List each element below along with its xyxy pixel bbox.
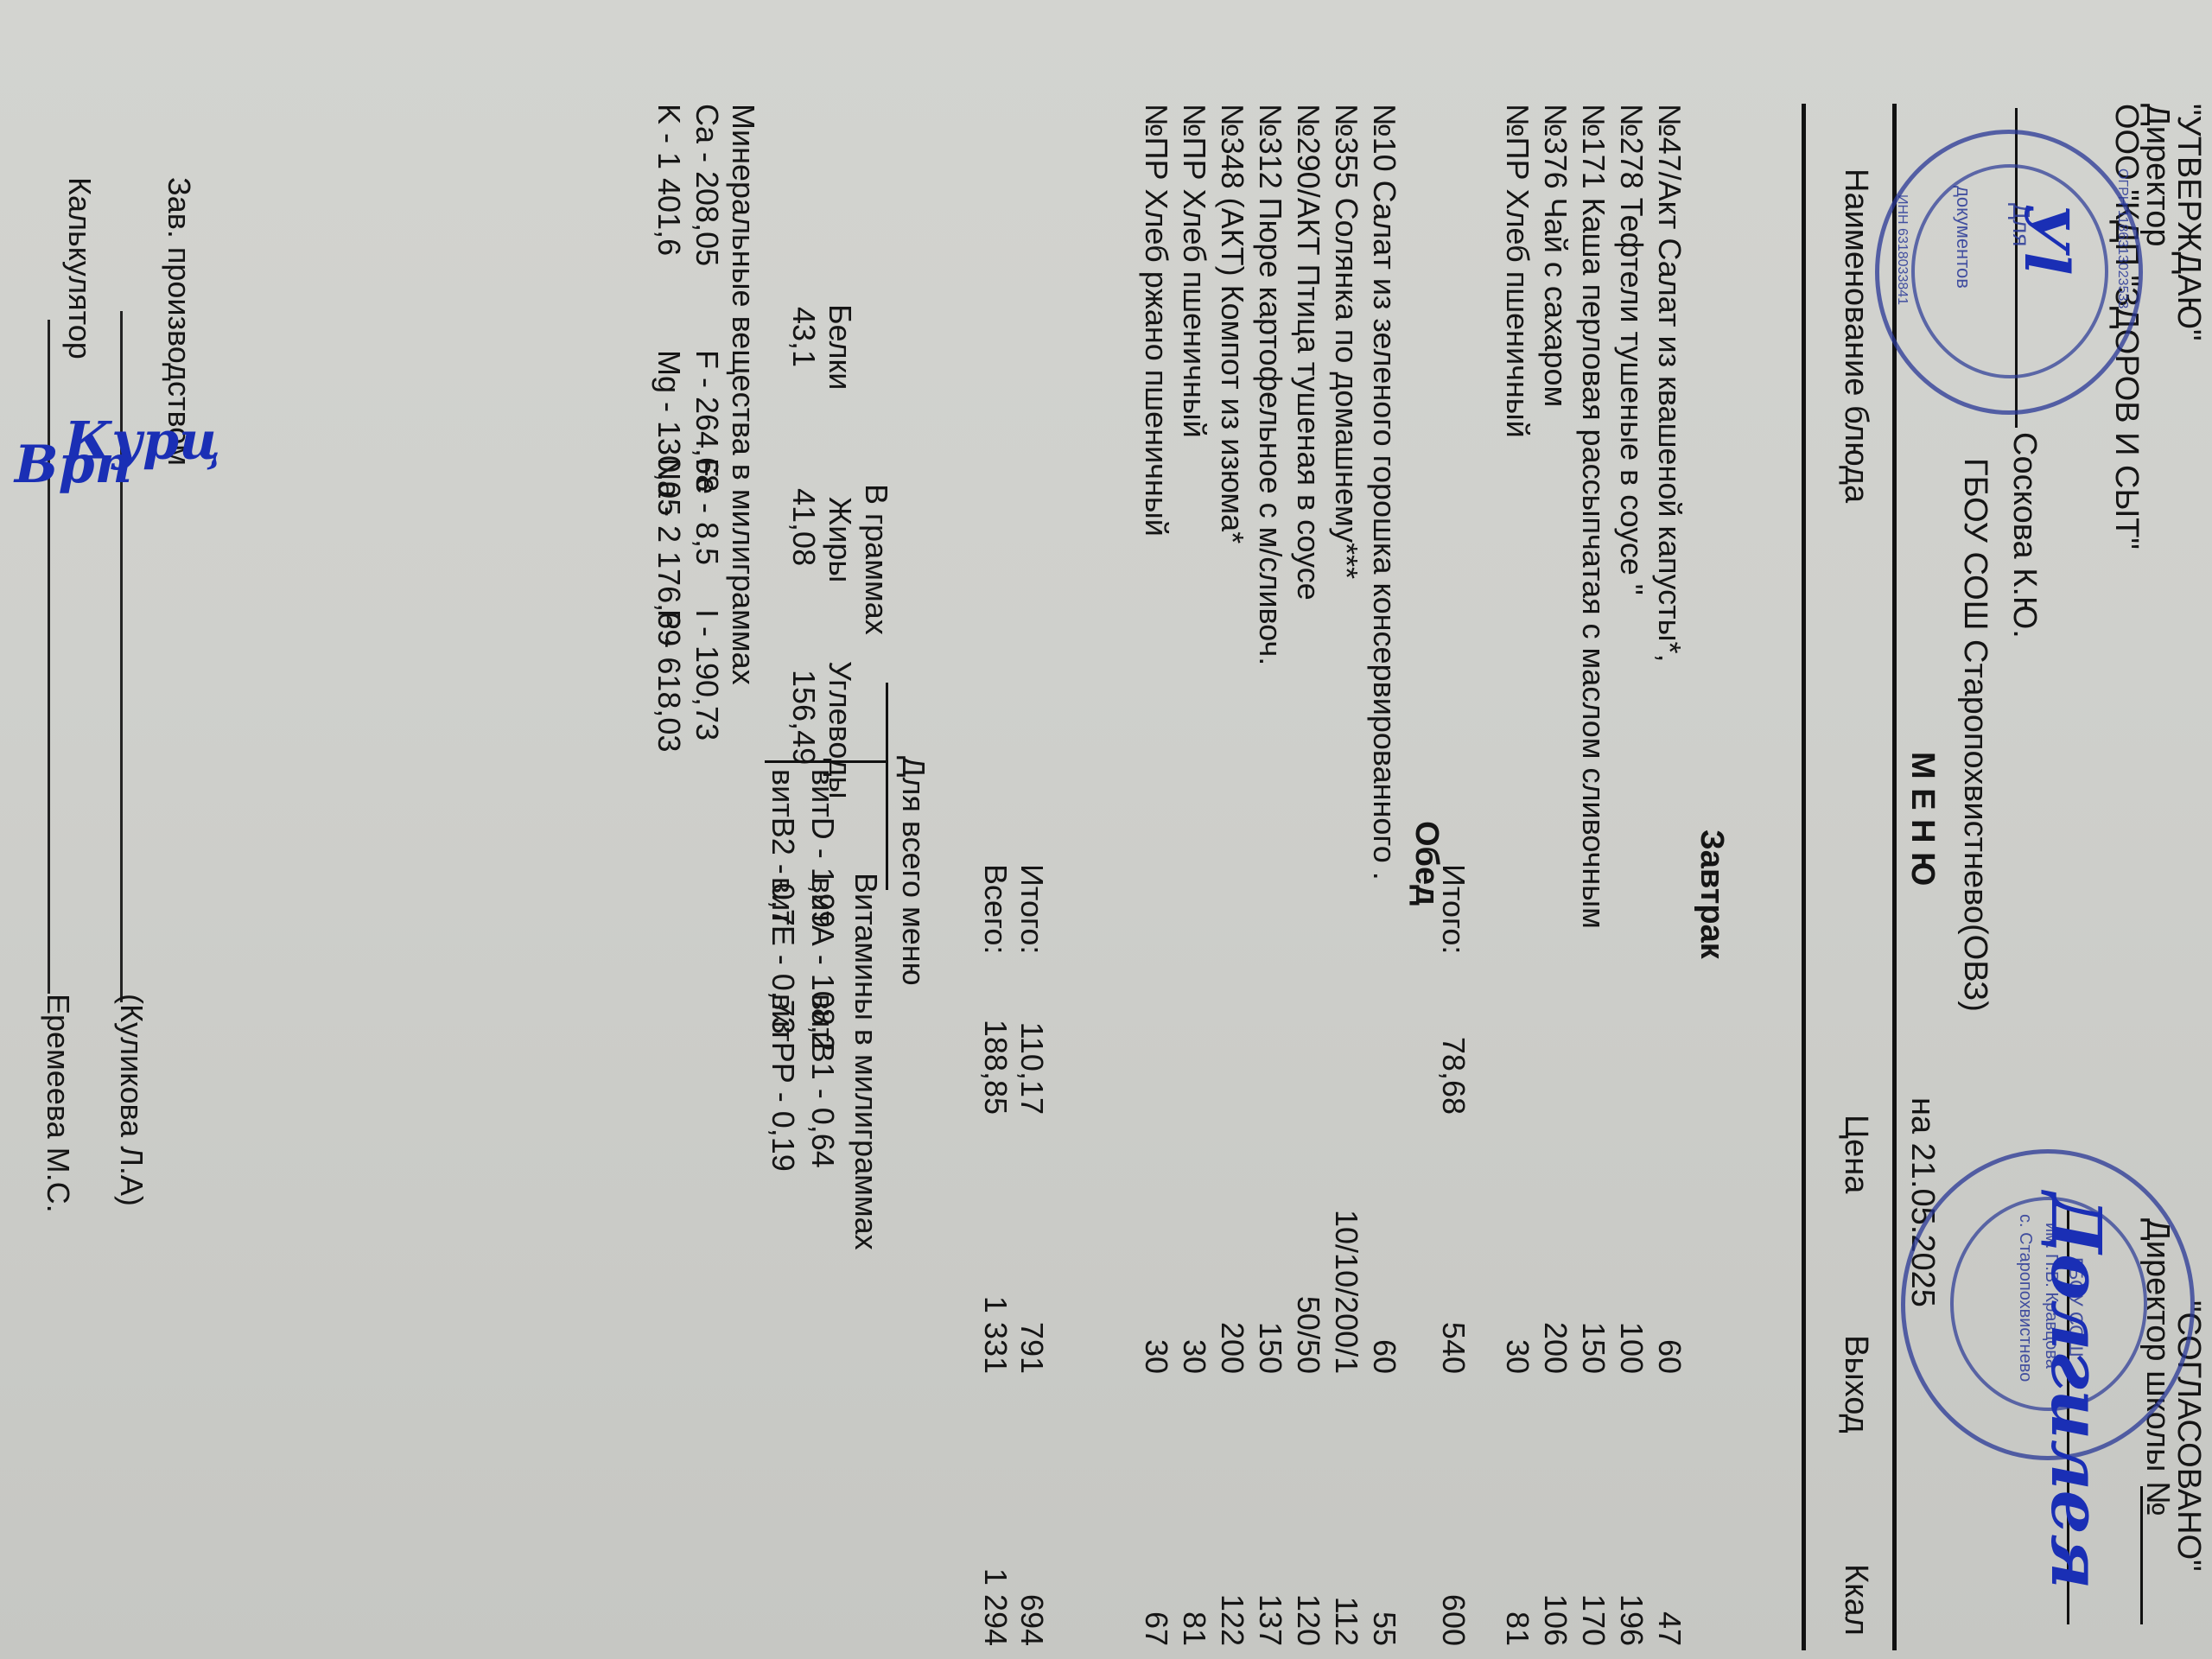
signature-line-calculator xyxy=(48,320,50,994)
stamp-inn: ИНН 6318033841 xyxy=(1894,194,1910,305)
mineral-k: K - 1 401,6 xyxy=(653,104,684,256)
col-header-kcal: Ккал xyxy=(1840,1564,1872,1636)
col-header-dish: Наименование блюда xyxy=(1840,168,1872,503)
macro-label-protein: Белки xyxy=(824,304,855,390)
table-row-portion: 30 xyxy=(1502,1210,1533,1374)
macro-label-fat: Жиры xyxy=(824,497,855,582)
macro-value-fat: 41,08 xyxy=(788,488,819,566)
macro-value-protein: 43,1 xyxy=(788,307,819,367)
table-row-dish: №355 Солянка по домашнему*** xyxy=(1331,104,1362,579)
table-row-kcal: 67 xyxy=(1141,1503,1172,1646)
macro-value-carbs: 156,49 xyxy=(788,670,819,765)
section-heading: Завтрак xyxy=(1695,829,1728,959)
nutrition-divider-horizontal xyxy=(886,683,888,890)
grams-heading: В граммах xyxy=(861,484,892,635)
vitamins-heading: Витамины в милиграммах xyxy=(850,873,881,1250)
table-row-portion: 200 xyxy=(1217,1210,1248,1374)
table-row-dish: №ПР Хлеб ржано пшеничный xyxy=(1141,104,1172,537)
table-row-portion: 60 xyxy=(1654,1210,1685,1374)
signature-name-calculator: Еремеева М.С. xyxy=(42,994,73,1213)
table-row-dish: №312 Пюре картофельное с м/сливоч. xyxy=(1255,104,1286,665)
table-row-kcal: 122 xyxy=(1217,1503,1248,1646)
mineral-i: I - 190,73 xyxy=(691,609,722,741)
school-director-signature: Долгилея xyxy=(2036,1192,2117,1589)
table-row-dish: №ПР Хлеб пшеничный xyxy=(1179,104,1210,438)
table-row-portion: 150 xyxy=(1255,1210,1286,1374)
table-row-kcal: 112 xyxy=(1331,1503,1362,1646)
table-row-kcal: 47 xyxy=(1654,1503,1685,1646)
section-total-portion: 791 xyxy=(1016,1210,1047,1374)
agreement-number-line xyxy=(2140,1486,2143,1624)
table-row-kcal: 170 xyxy=(1578,1503,1609,1646)
section-total-price: 110,17 xyxy=(1016,985,1047,1115)
mineral-fe: Fe - 8,5 xyxy=(691,458,722,565)
menu-document: "УТВЕРЖДАЮ" Директор ООО "КДП "ЗДОРОВ И … xyxy=(0,0,2212,1659)
grand-total-kcal: 1 294 xyxy=(980,1503,1011,1646)
table-row-portion: 30 xyxy=(1179,1210,1210,1374)
table-row-portion: 200 xyxy=(1540,1210,1571,1374)
section-total-kcal: 600 xyxy=(1438,1503,1469,1646)
stamp-ogrn: ОГРН 1186313023533 xyxy=(2114,168,2130,308)
table-row-kcal: 137 xyxy=(1255,1503,1286,1646)
pen-signature-calculator: Врп xyxy=(15,435,132,495)
section-total-portion: 540 xyxy=(1438,1210,1469,1374)
table-row-kcal: 196 xyxy=(1616,1503,1647,1646)
table-row-dish: №348 (АКТ) Компот из изюма* xyxy=(1217,104,1248,543)
school-name: ГБОУ СОШ Старопохвистнево(ОВЗ) xyxy=(1959,458,1992,1012)
section-heading: Обед xyxy=(1410,821,1443,906)
company-stamp: Для документов ОГРН 1186313023533 ИНН 63… xyxy=(1875,130,2143,415)
section-total-label: Итого: xyxy=(1016,864,1047,954)
table-row-dish: №10 Салат из зеленого горошка консервиро… xyxy=(1369,104,1400,880)
grand-total-portion: 1 331 xyxy=(980,1210,1011,1374)
approval-signer: Соскова К.Ю. xyxy=(2008,432,2041,639)
table-row-dish: №ПР Хлеб пшеничный xyxy=(1502,104,1533,438)
vitamin-b1: витВ1 - 0,64 xyxy=(807,994,838,1168)
director-signature: Уl xyxy=(2011,203,2082,275)
col-header-portion: Выход xyxy=(1840,1335,1872,1433)
table-row-dish: №376 Чай с сахаром xyxy=(1540,104,1571,407)
table-row-kcal: 81 xyxy=(1179,1503,1210,1646)
nutrition-heading: Для всего меню xyxy=(898,756,929,986)
stamp-school-line3: с. Старопохвистнево xyxy=(2015,1214,2035,1382)
mineral-ca: Ca - 208,05 xyxy=(691,104,722,266)
table-row-portion: 100 xyxy=(1616,1210,1647,1374)
mineral-p: P - 618,03 xyxy=(653,609,684,752)
table-row-kcal: 55 xyxy=(1369,1503,1400,1646)
table-row-kcal: 120 xyxy=(1293,1503,1324,1646)
table-row-portion: 60 xyxy=(1369,1210,1400,1374)
section-total-price: 78,68 xyxy=(1438,985,1469,1115)
vitamin-pp: витРР - 0,19 xyxy=(767,994,798,1172)
table-row-portion: 10/10/200/1 xyxy=(1331,1210,1362,1374)
menu-title: М Е Н Ю xyxy=(1906,752,1939,886)
nutrition-divider-vertical xyxy=(765,760,886,763)
table-row-dish: №47/Акт Салат из квашеной капусты*, xyxy=(1654,104,1685,663)
approval-position: Директор xyxy=(2141,104,2174,247)
table-row-dish: №278 Тефтели тушеные в соусе " xyxy=(1616,104,1647,595)
table-row-dish: №290/АКТ Птица тушеная в соусе xyxy=(1293,104,1324,601)
approval-label: "УТВЕРЖДАЮ" xyxy=(2172,104,2205,341)
table-row-portion: 50/50 xyxy=(1293,1210,1324,1374)
table-row-portion: 150 xyxy=(1578,1210,1609,1374)
table-row-kcal: 81 xyxy=(1502,1503,1533,1646)
table-row-dish: №171 Каша перловая рассыпчатая с маслом … xyxy=(1578,104,1609,929)
grand-total-label: Всего: xyxy=(980,864,1011,954)
signature-role-calculator: Калькулятор xyxy=(64,177,95,359)
stamp-center-bottom: документов xyxy=(1952,186,1974,289)
signature-name-production: (Куликова Л.А) xyxy=(116,994,147,1206)
table-row-portion: 30 xyxy=(1141,1210,1172,1374)
grand-total-price: 188,85 xyxy=(980,985,1011,1115)
col-header-price: Цена xyxy=(1840,1115,1872,1193)
minerals-heading: Минеральные вещества в милиграммах xyxy=(728,104,759,685)
table-header-border xyxy=(1802,104,1806,1650)
table-row-kcal: 106 xyxy=(1540,1503,1571,1646)
section-total-kcal: 694 xyxy=(1016,1503,1047,1646)
